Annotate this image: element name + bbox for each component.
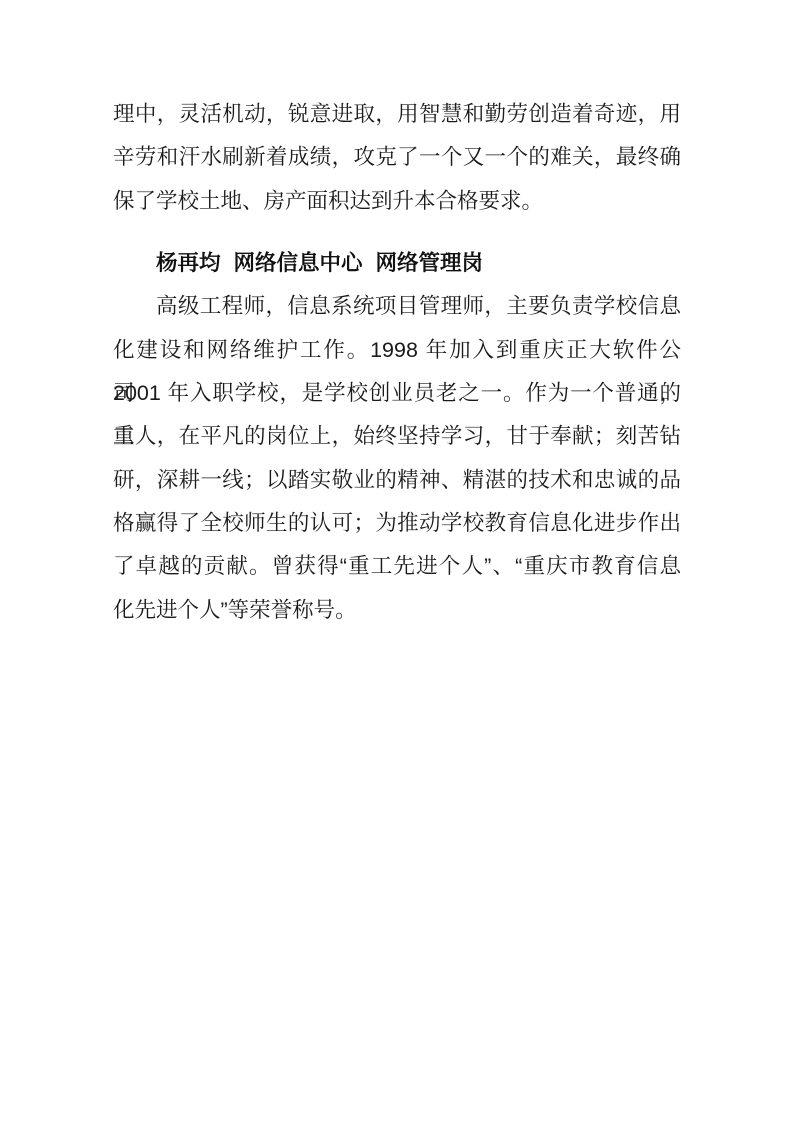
paragraph-line: 2001 年入职学校，是学校创业员老之一。作为一个普通的重	[113, 372, 681, 415]
text-block: 理中，灵活机动，锐意进取，用智慧和勤劳创造着奇迹，用 辛劳和汗水刷新着成绩，攻克…	[113, 93, 681, 632]
paragraph-line: 了卓越的贡献。曾获得“重工先进个人”、“重庆市教育信息	[113, 545, 681, 588]
section-heading: 杨再均 网络信息中心 网络管理岗	[113, 242, 681, 285]
paragraph-line: 研，深耕一线；以踏实敬业的精神、精湛的技术和忠诚的品	[113, 459, 681, 502]
paragraph-line: 辛劳和汗水刷新着成绩，攻克了一个又一个的难关，最终确	[113, 136, 681, 179]
paragraph-line: 理中，灵活机动，锐意进取，用智慧和勤劳创造着奇迹，用	[113, 93, 681, 136]
paragraph-line: 工人，在平凡的岗位上，始终坚持学习，甘于奉献；刻苦钻	[113, 415, 681, 458]
paragraph-line: 格赢得了全校师生的认可；为推动学校教育信息化进步作出	[113, 502, 681, 545]
paragraph-line: 高级工程师，信息系统项目管理师，主要负责学校信息	[113, 285, 681, 328]
document-page: 理中，灵活机动，锐意进取，用智慧和勤劳创造着奇迹，用 辛劳和汗水刷新着成绩，攻克…	[0, 0, 793, 1122]
paragraph-line: 化建设和网络维护工作。1998 年加入到重庆正大软件公司，	[113, 329, 681, 372]
paragraph-line: 保了学校土地、房产面积达到升本合格要求。	[113, 180, 681, 223]
paragraph-line: 化先进个人”等荣誉称号。	[113, 589, 681, 632]
